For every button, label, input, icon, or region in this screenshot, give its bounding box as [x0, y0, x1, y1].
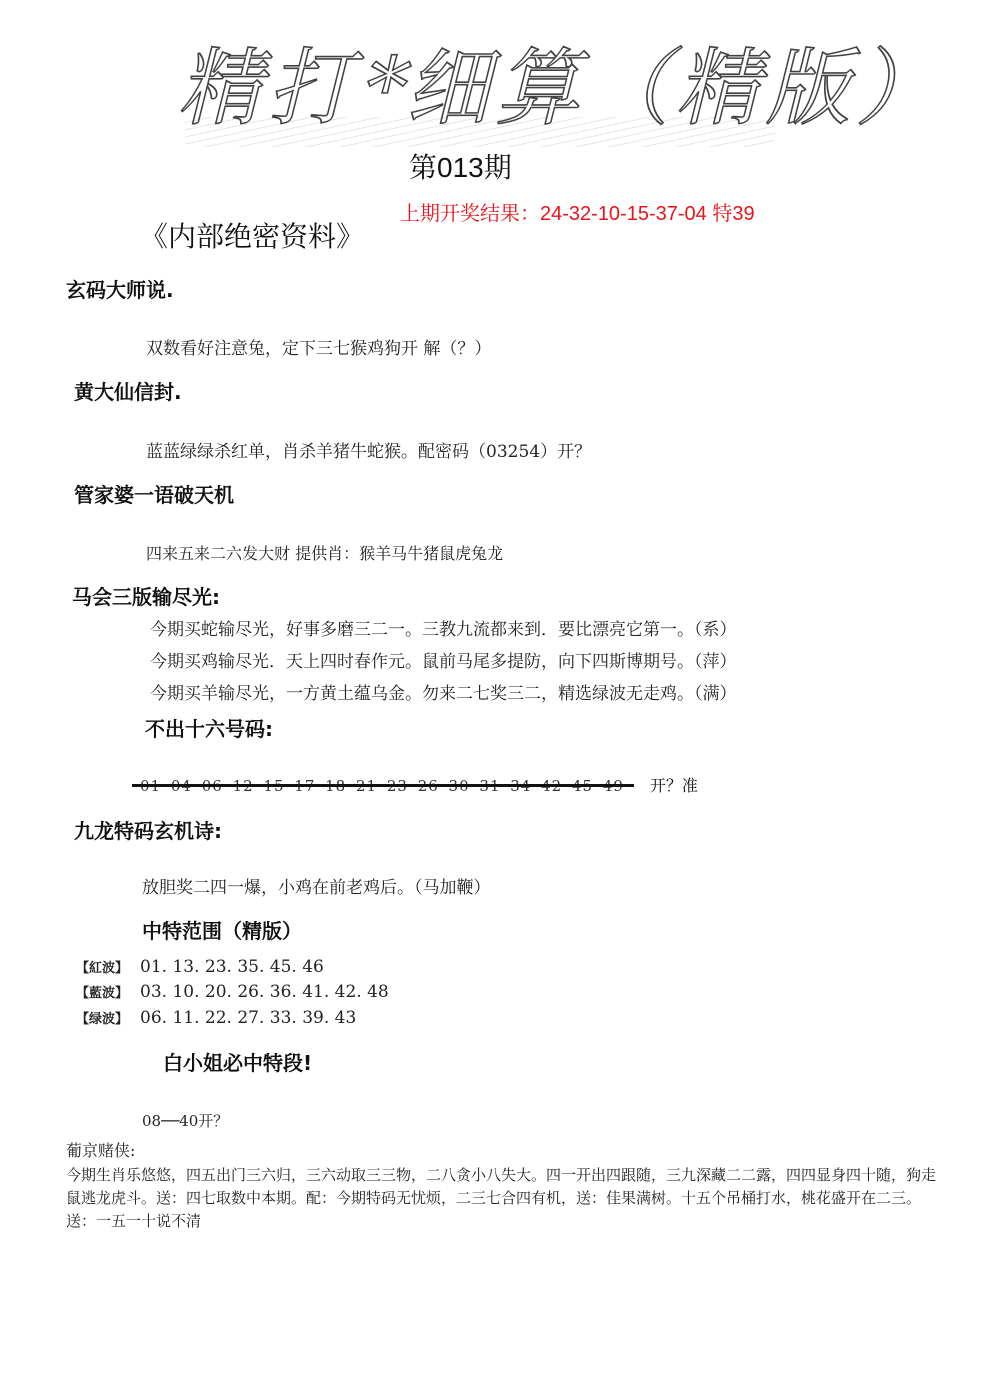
section-heading-range: 中特范围（精版）	[142, 915, 302, 944]
issue-number: 第013期	[409, 146, 512, 186]
section-text-guanjiapo: 四来五来二六发大财 提供肖：猴羊马牛猪鼠虎兔龙	[146, 541, 503, 564]
wave-label-green: 【绿波】	[76, 1012, 128, 1027]
section-heading-guanjiapo: 管家婆一语破天机	[74, 479, 234, 508]
section-heading-xuanma: 玄码大师说.	[66, 274, 174, 303]
poem-line-1: 今期买蛇输尽光，好事多磨三二一。三教九流都来到．要比漂亮它第一。（系）	[150, 615, 737, 640]
section-text-jiulong: 放胆奖二四一爆，小鸡在前老鸡后。（马加鞭）	[142, 873, 491, 898]
wave-label-blue: 【藍波】	[76, 986, 128, 1001]
last-result-label: 上期开奖结果：	[400, 203, 540, 225]
wave-row-green: 【绿波】06. 11. 22. 27. 33. 39. 43	[76, 1008, 356, 1028]
section-text-pujing: 今期生肖乐悠悠，四五出门三六归，三六动取三三物，二八贪小八失大。四一开出四跟随，…	[66, 1164, 936, 1233]
section-text-baixiaojie: 08──40开？	[142, 1110, 228, 1131]
wave-numbers-blue: 03. 10. 20. 26. 36. 41. 42. 48	[140, 982, 389, 1002]
title-banner: 精打*细算（精版）	[185, 25, 775, 145]
last-result-special: 特39	[712, 203, 754, 225]
section-heading-jiulong: 九龙特码玄机诗:	[74, 815, 222, 844]
wave-row-red: 【紅波】01. 13. 23. 35. 45. 46	[76, 957, 324, 977]
wave-numbers-red: 01. 13. 23. 35. 45. 46	[140, 957, 324, 977]
wave-row-blue: 【藍波】03. 10. 20. 26. 36. 41. 42. 48	[76, 982, 389, 1002]
section-heading-excluded: 不出十六号码:	[145, 713, 273, 742]
section-heading-mahui: 马会三版输尽光:	[72, 581, 220, 610]
section-heading-huangdaxian: 黄大仙信封.	[74, 376, 182, 405]
last-result-numbers: 24-32-10-15-37-04	[540, 203, 707, 225]
excluded-numbers-struck: 01 04 06 12 15 17 18 21 23 26 30 31 34 4…	[140, 777, 624, 795]
excluded-numbers-suffix: 开？准	[650, 776, 698, 795]
document-title: 《内部绝密资料》	[140, 215, 364, 255]
poem-line-2: 今期买鸡输尽光．天上四时春作元。鼠前马尾多提防，向下四斯博期号。（萍）	[150, 647, 737, 672]
wave-numbers-green: 06. 11. 22. 27. 33. 39. 43	[140, 1008, 356, 1028]
poem-line-3: 今期买羊输尽光，一方黄土蕴乌金。勿来二七奖三二，精选绿波无走鸡。（满）	[150, 679, 737, 704]
last-draw-result: 上期开奖结果：24-32-10-15-37-04 特39	[400, 197, 755, 226]
section-heading-baixiaojie: 白小姐必中特段!	[163, 1047, 312, 1076]
section-text-huangdaxian: 蓝蓝绿绿杀红单，肖杀羊猪牛蛇猴。配密码（03254）开？	[146, 437, 591, 462]
banner-shadow-decoration	[185, 117, 775, 147]
excluded-numbers-row: 01 04 06 12 15 17 18 21 23 26 30 31 34 4…	[140, 773, 698, 796]
section-text-xuanma: 双数看好注意兔，定下三七猴鸡狗开 解（？）	[146, 334, 491, 359]
wave-label-red: 【紅波】	[76, 961, 128, 976]
section-heading-pujing: 葡京赌侠:	[66, 1138, 135, 1161]
